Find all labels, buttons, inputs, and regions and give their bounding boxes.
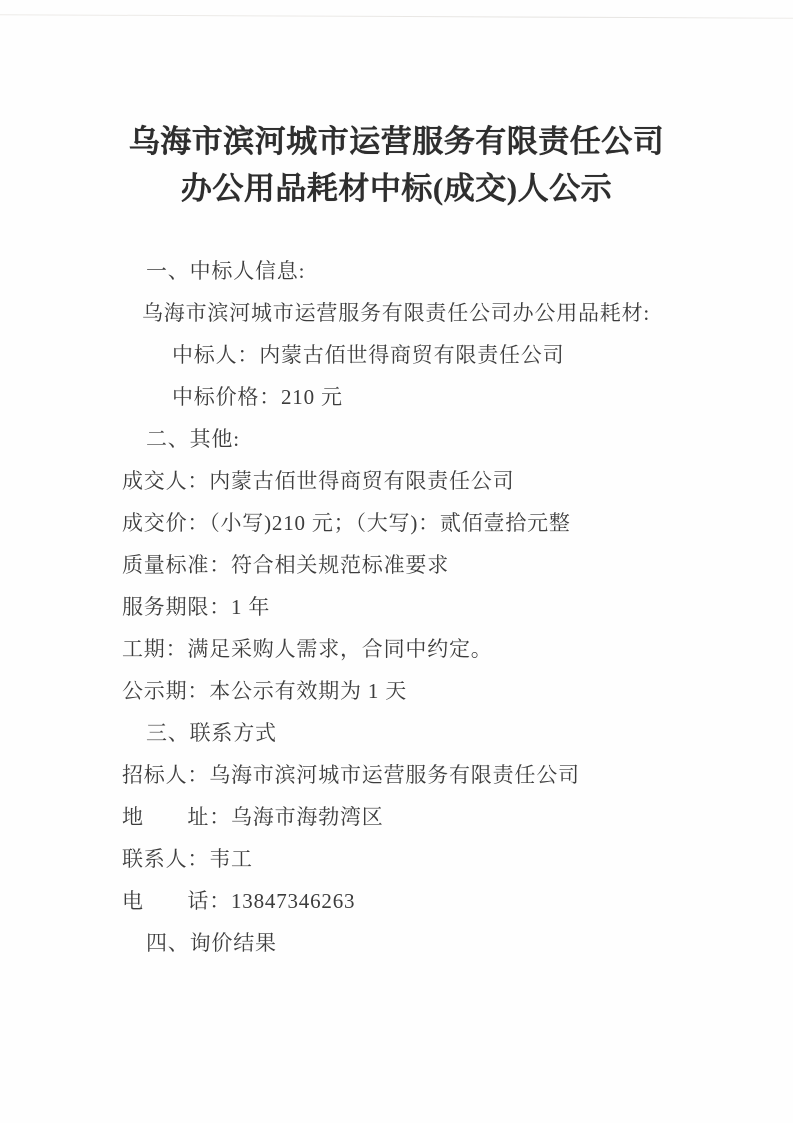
deal-price-line: 成交价：（小写)210 元；（大写)：贰佰壹拾元整 bbox=[122, 502, 698, 544]
document-body: 一、中标人信息: 乌海市滨河城市运营服务有限责任公司办公用品耗材: 中标人：内蒙… bbox=[122, 250, 698, 964]
section4-heading: 四、询价结果 bbox=[122, 922, 698, 964]
contact-person-line: 联系人：韦工 bbox=[122, 838, 698, 880]
document-title-line2: 办公用品耗材中标(成交)人公示 bbox=[0, 165, 793, 212]
section2-heading: 二、其他: bbox=[122, 418, 698, 460]
deal-party-line: 成交人：内蒙古佰世得商贸有限责任公司 bbox=[122, 460, 698, 502]
winner-line: 中标人：内蒙古佰世得商贸有限责任公司 bbox=[122, 334, 698, 376]
publicity-period-line: 公示期：本公示有效期为 1 天 bbox=[122, 670, 698, 712]
address-line: 地 址：乌海市海勃湾区 bbox=[122, 796, 698, 838]
service-term-line: 服务期限：1 年 bbox=[122, 586, 698, 628]
scan-artifact-line bbox=[0, 14, 793, 19]
section3-heading: 三、联系方式 bbox=[122, 712, 698, 754]
scanned-document-page: 乌海市滨河城市运营服务有限责任公司 办公用品耗材中标(成交)人公示 一、中标人信… bbox=[0, 0, 793, 1123]
work-period-line: 工期：满足采购人需求，合同中约定。 bbox=[122, 628, 698, 670]
document-title-line1: 乌海市滨河城市运营服务有限责任公司 bbox=[0, 118, 793, 165]
quality-standard-line: 质量标准：符合相关规范标准要求 bbox=[122, 544, 698, 586]
price-line: 中标价格：210 元 bbox=[122, 376, 698, 418]
document-title: 乌海市滨河城市运营服务有限责任公司 办公用品耗材中标(成交)人公示 bbox=[0, 118, 793, 212]
section1-intro: 乌海市滨河城市运营服务有限责任公司办公用品耗材: bbox=[122, 292, 698, 334]
tenderer-line: 招标人：乌海市滨河城市运营服务有限责任公司 bbox=[122, 754, 698, 796]
section1-heading: 一、中标人信息: bbox=[122, 250, 698, 292]
phone-line: 电 话：13847346263 bbox=[122, 880, 698, 922]
